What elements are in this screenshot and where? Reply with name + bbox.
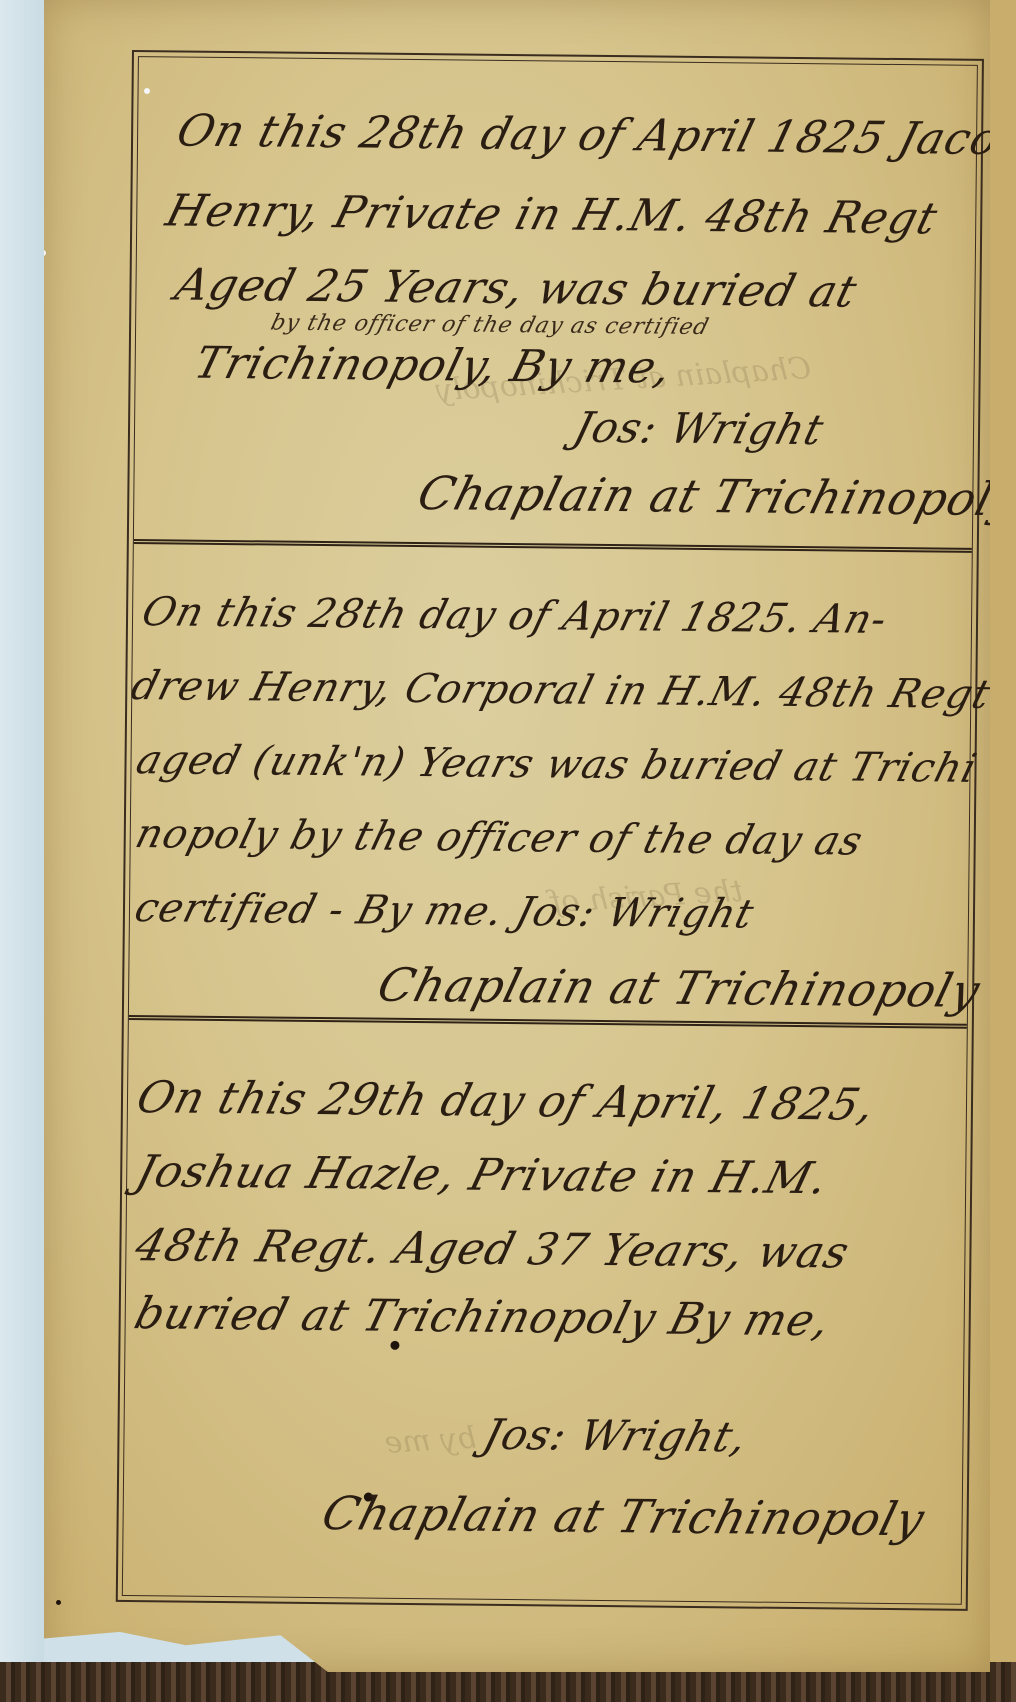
- ink-blot: [390, 1341, 399, 1350]
- burial-entry-3: by me On this 29th day of April, 1825, J…: [123, 1015, 967, 1610]
- entry-line: Trichinopoly, By me,: [190, 342, 676, 391]
- adjacent-page: [987, 0, 1016, 1702]
- entry-line: On this 28th day of April 1825. An-: [138, 592, 892, 640]
- signatory-title: Chaplain at Trichinopoly: [373, 962, 985, 1014]
- entry-line: buried at Trichinopoly By me,: [130, 1292, 835, 1343]
- entry-line: 48th Regt. Aged 37 Years, was: [131, 1224, 854, 1275]
- bleed-through-text: by me: [383, 1421, 477, 1461]
- entry-line: Joshua Hazle, Private in H.M.: [132, 1150, 833, 1201]
- entry-line: nopoly by the officer of the day as: [132, 814, 867, 861]
- entry-line: On this 28th day of April 1825 Jacob: [172, 110, 1016, 163]
- signatory-title: Chaplain at Trichinopoly: [413, 470, 1016, 522]
- register-frame-inner: Chaplain at Trichinopoly On this 28th da…: [122, 56, 978, 1605]
- entry-insertion: by the officer of the day as certified: [268, 313, 711, 340]
- entry-line: On this 29th day of April, 1825,: [132, 1076, 879, 1128]
- entry-line: drew Henry, Corporal in H.M. 48th Regt -: [127, 666, 1016, 715]
- register-page: Chaplain at Trichinopoly On this 28th da…: [44, 0, 990, 1672]
- ink-spot: [56, 1600, 61, 1605]
- signatory-title: Chaplain at Trichinopoly: [318, 1490, 930, 1542]
- signature: Jos: Wright,: [479, 1414, 752, 1459]
- entry-line: Aged 25 Years, was buried at: [171, 264, 862, 315]
- entry-line: Henry, Private in H.M. 48th Regt: [162, 189, 942, 241]
- background-left: [0, 0, 44, 1702]
- register-frame: Chaplain at Trichinopoly On this 28th da…: [116, 50, 984, 1611]
- entry-line: aged (unk'n) Years was buried at Trichi …: [132, 740, 1009, 789]
- signature: Jos: Wright: [570, 407, 829, 451]
- entry-line: certified - By me. Jos: Wright: [131, 888, 758, 934]
- burial-entry-1: Chaplain at Trichinopoly On this 28th da…: [134, 57, 977, 544]
- burial-entry-2: the Parish of On this 28th day of April …: [129, 539, 972, 1018]
